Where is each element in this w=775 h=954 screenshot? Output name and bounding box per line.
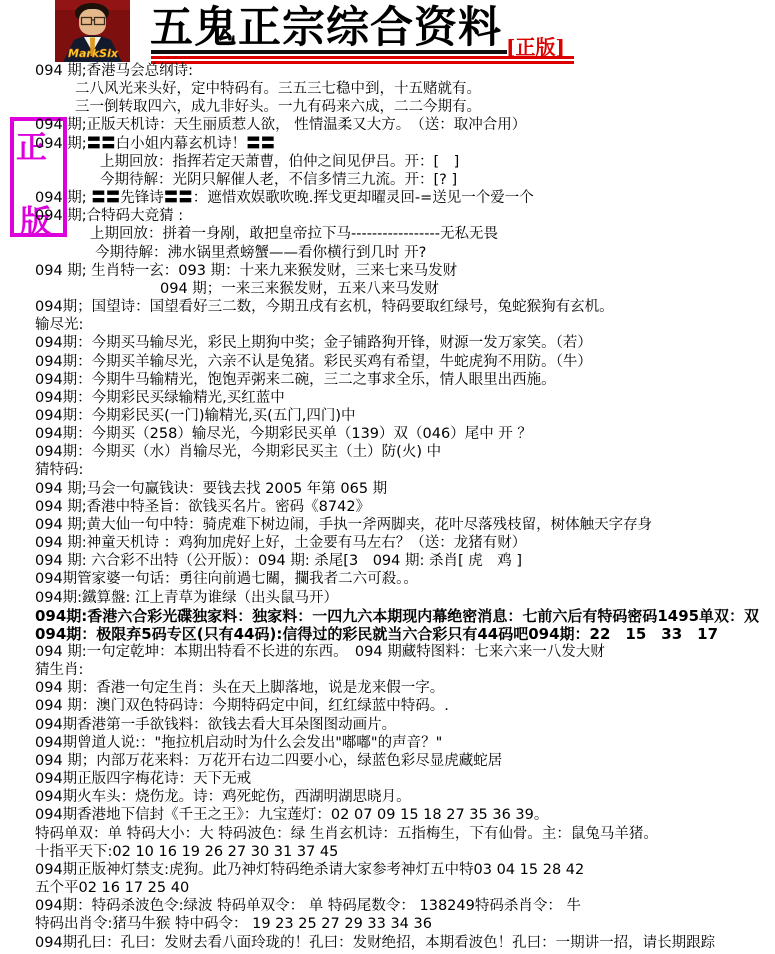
content-lines: 094 期;香港马会总纲诗:二八风光来头好，定中特码有。三五三七稳中到，十五赌就… [0,62,775,952]
title-underline [151,50,507,54]
text-line: 十指平天下:02 10 16 19 26 27 30 31 37 45 [0,843,775,861]
text-line: 输尽光: [0,316,775,334]
text-line: 094期：今期牛马输精光，饱饱弄粥来二碗，三二之事求全乐，情人眼里出西施。 [0,371,775,389]
text-line: 094 期；一来三来猴发财，五来八来马发财 [0,280,775,298]
page: MarkSix 五鬼正宗综合资料 [正版] 正 版 094 期;香港马会总纲诗:… [0,0,775,954]
text-line: 今期待解：沸水锅里煮螃蟹——看你横行到几时 开? [0,244,775,262]
text-line: 094 期；内部万花来料：万花开右边二四要小心，绿蓝色彩尽显虎藏蛇居 [0,752,775,770]
photo-caption: MarkSix [68,47,119,60]
text-line: 094期火车头：烧伤龙。诗：鸡死蛇伤，西湖明湖思晓月。 [0,788,775,806]
text-line: 猜生肖: [0,661,775,679]
text-line: 三一倒转取四六，成九非好头。一九有码来六成，二二今期有。 [0,98,775,116]
face [79,9,106,35]
text-line: 094期：今期买（258）输尽光，今期彩民买单（139）双（046）尾中 开 ？ [0,425,775,443]
text-line: 特码单双：单 特码大小：大 特码波色：绿 生肖玄机诗：五指梅生，下有仙骨。主：鼠… [0,825,775,843]
red-underline-top [151,56,574,59]
text-line: 094期：今期买羊输尽光，六亲不认是兔猪。彩民买鸡有希望，牛蛇虎狗不用防。（牛） [0,353,775,371]
text-line: 094期正版四字梅花诗：天下无戒 [0,770,775,788]
text-line: 094期：今期彩民买(一门)输精光,买(五门,四门)中 [0,407,775,425]
text-line: 094 期:神童天机诗 ：鸡狗加虎好上好，土金要有马左右？（送：龙猪有财） [0,534,775,552]
text-line: 094 期;正版天机诗：天生丽质惹人欲， 性情温柔又大方。 （送：取冲合用） [0,116,775,134]
text-line: 特码出肖令:猪马牛猴 特中码令： 19 23 25 27 29 33 34 36 [0,915,775,933]
text-line: 094期曾道人说:："拖拉机启动时为什么会发出"嘟嘟"的声音？" [0,734,775,752]
text-line: 094 期：香港一句定生肖：头在天上脚落地，说是龙来假一字。 [0,679,775,697]
text-line: 094 期;香港马会总纲诗: [0,62,775,80]
text-line: 094 期;黄大仙一句中特：骑虎难下树边闹，手执一斧两脚夹，花叶尽落残枝留，树体… [0,516,775,534]
text-line: 094期：今期彩民买绿输精光,买红蓝中 [0,389,775,407]
text-line: 094期：今期买马输尽光，彩民上期狗中奖；金子铺路狗开锋，财源一发万家笑。（若） [0,334,775,352]
text-line: 094期管家婆一句话：勇往向前過七關，攔我者二六可殺。。 [0,570,775,588]
page-title: 五鬼正宗综合资料 [150,4,502,52]
text-line: 094期香港地下信封《千王之王》：九宝莲灯：02 07 09 15 18 27 … [0,806,775,824]
text-line: 094 期;〓〓白小姐内幕玄机诗！〓〓 [0,135,775,153]
text-line: 094 期;合特码大竞猜 : [0,207,775,225]
text-line: 094期；国望诗：国望看好三二数，今期丑戌有玄机，特码要取红绿号，兔蛇猴狗有玄机… [0,298,775,316]
text-line: 094 期; 〓〓先锋诗〓〓：遮惜欢娱歌吹晚.挥戈更却曜灵回-=送见一个爱一个 [0,189,775,207]
text-line: 094期：特码杀波色令:绿波 特码单双令： 单 特码尾数令： 138249特码杀… [0,897,775,915]
text-line: 上期回放：拼着一身剐，敢把皇帝拉下马-----------------无私无畏 [0,225,775,243]
text-line: 五个平02 16 17 25 40 [0,879,775,897]
text-line: 094期正版神灯禁支:虎狗。此乃神灯特码绝杀请大家参考神灯五中特03 04 15… [0,861,775,879]
host-photo: MarkSix [55,0,130,62]
text-line: 094 期;香港中特圣旨：欲钱买名片。密码《8742》 [0,498,775,516]
text-line: 094 期: 六合彩不出特（公开版）：094 期: 杀尾[3 094 期: 杀肖… [0,552,775,570]
text-line: 094期孔曰：孔曰：发财去看八面玲珑的！孔曰：发财绝招，本期看波色！孔曰：一期讲… [0,934,775,952]
text-line: 今期待解：光阴只解催人老，不信多情三九流。开：[? ] [0,171,775,189]
text-line: 094 期：澳门双色特码诗：今期特码定中间，红红绿蓝中特码。. [0,697,775,715]
text-line: 094期：极限弃5码专区(只有44码):信得过的彩民就当六合彩只有44码吧094… [0,625,775,643]
text-line: 猜特码: [0,461,775,479]
text-line: 二八风光来头好，定中特码有。三五三七稳中到，十五赌就有。 [0,80,775,98]
text-line: 094 期;马会一句赢钱诀：要钱去找 2005 年第 065 期 [0,480,775,498]
text-line: 094期：今期买（水）肖输尽光，今期彩民买主（土）防(火) 中 [0,443,775,461]
text-line: 上期回放：指挥若定天萧曹，伯仲之间见伊吕。开：[ ] [0,153,775,171]
text-line: 094期:香港六合彩光碟独家料：独家料：一四九六本期现内幕绝密消息：七前六后有特… [0,607,775,625]
text-line: 094期香港第一手欲钱料：欲钱去看大耳朵图图动画片。 [0,716,775,734]
text-line: 094期:鐵算盤: 江上青草为谁绿（出头鼠马开） [0,589,775,607]
text-line: 094 期:一句定乾坤：本期出特看不长进的东西。 094 期藏特图料：七来六来一… [0,643,775,661]
text-line: 094 期; 生肖特一玄：093 期：十来九来猴发财，三来七来马发财 [0,262,775,280]
